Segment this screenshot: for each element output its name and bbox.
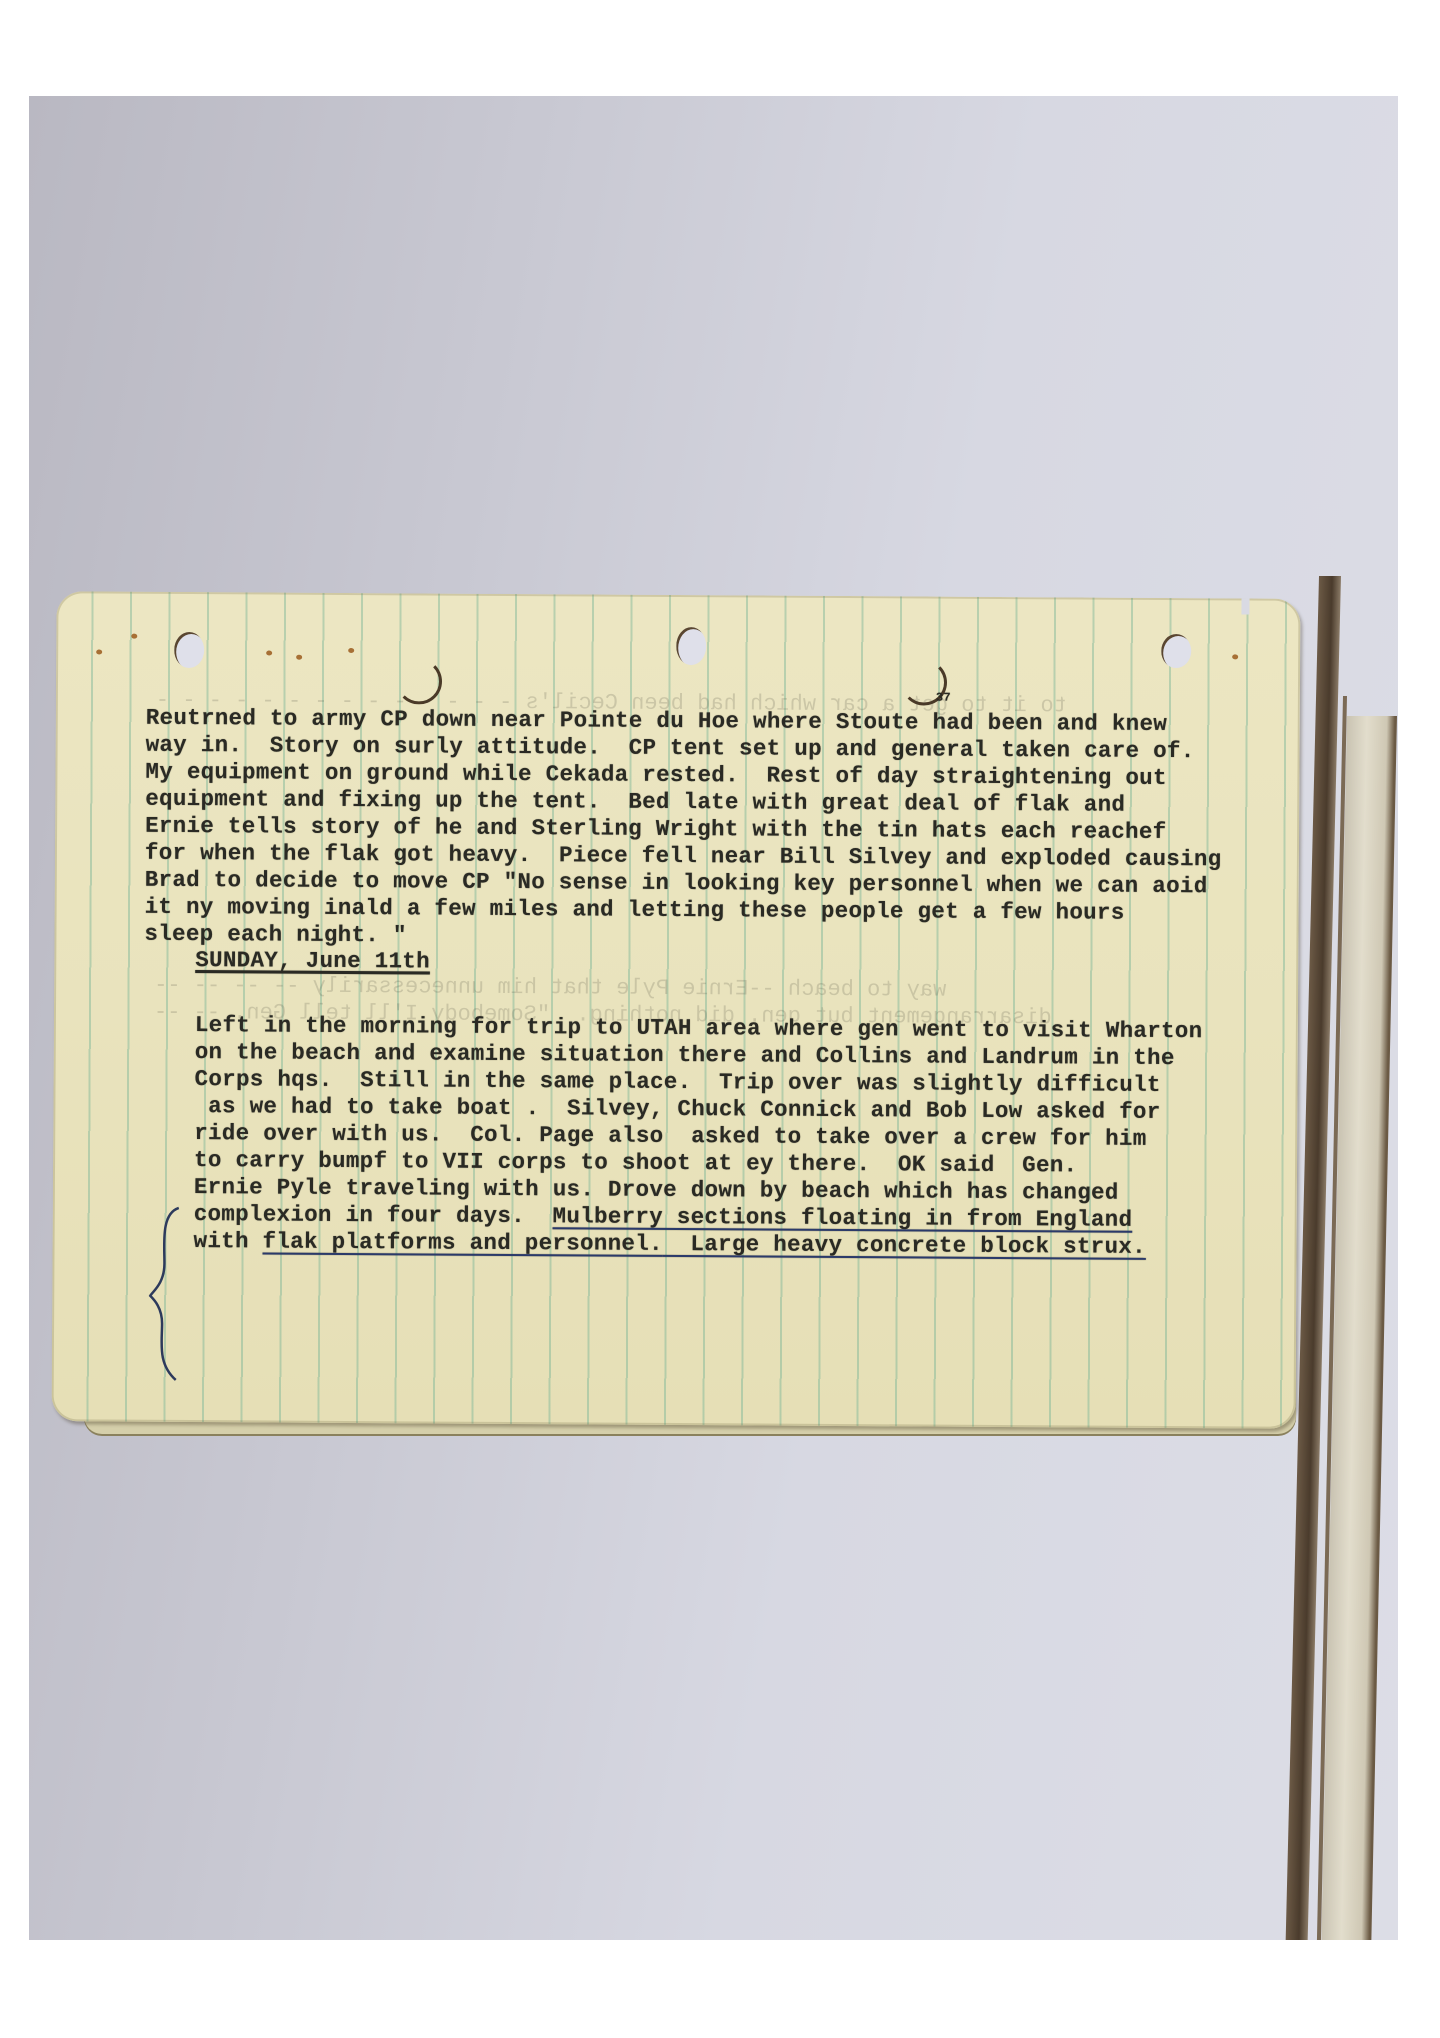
margin-brace-mark xyxy=(148,1204,189,1384)
paragraph-june-11: Left in the morning for trip to UTAH are… xyxy=(193,1012,1202,1261)
rust-spot xyxy=(131,634,137,639)
index-card: to it to get a car which had been Cecil'… xyxy=(51,591,1300,1429)
punch-hole xyxy=(174,632,204,668)
stray-mark: 37 xyxy=(936,692,951,704)
text-line: to carry bumpf to VII corps to shoot at … xyxy=(194,1147,1077,1178)
rust-spot xyxy=(266,650,272,655)
punch-hole xyxy=(1161,634,1191,668)
punch-hole xyxy=(676,627,706,665)
text-fragment: with xyxy=(194,1228,263,1254)
rust-spot xyxy=(348,648,354,653)
card-notch xyxy=(1241,598,1249,614)
rust-spot xyxy=(296,655,302,660)
date-heading: SUNDAY, June 11th xyxy=(195,947,430,975)
paragraph-june-10: Reutrned to army CP down near Pointe du … xyxy=(144,705,1222,955)
text-fragment: complexion in four days. xyxy=(194,1201,553,1229)
text-fragment: Large heavy concrete block strux. xyxy=(663,1231,1146,1260)
underlined-text-flak: flak platforms and personnel. xyxy=(263,1228,663,1256)
text-line: sleep each night. " xyxy=(144,921,406,949)
text-line: with flak platforms and personnel. Large… xyxy=(194,1228,1147,1260)
rust-spot xyxy=(1232,654,1238,659)
rust-spot xyxy=(96,649,102,654)
underlined-text-mulberry: Mulberry sections floating in from Engla… xyxy=(553,1203,1133,1233)
